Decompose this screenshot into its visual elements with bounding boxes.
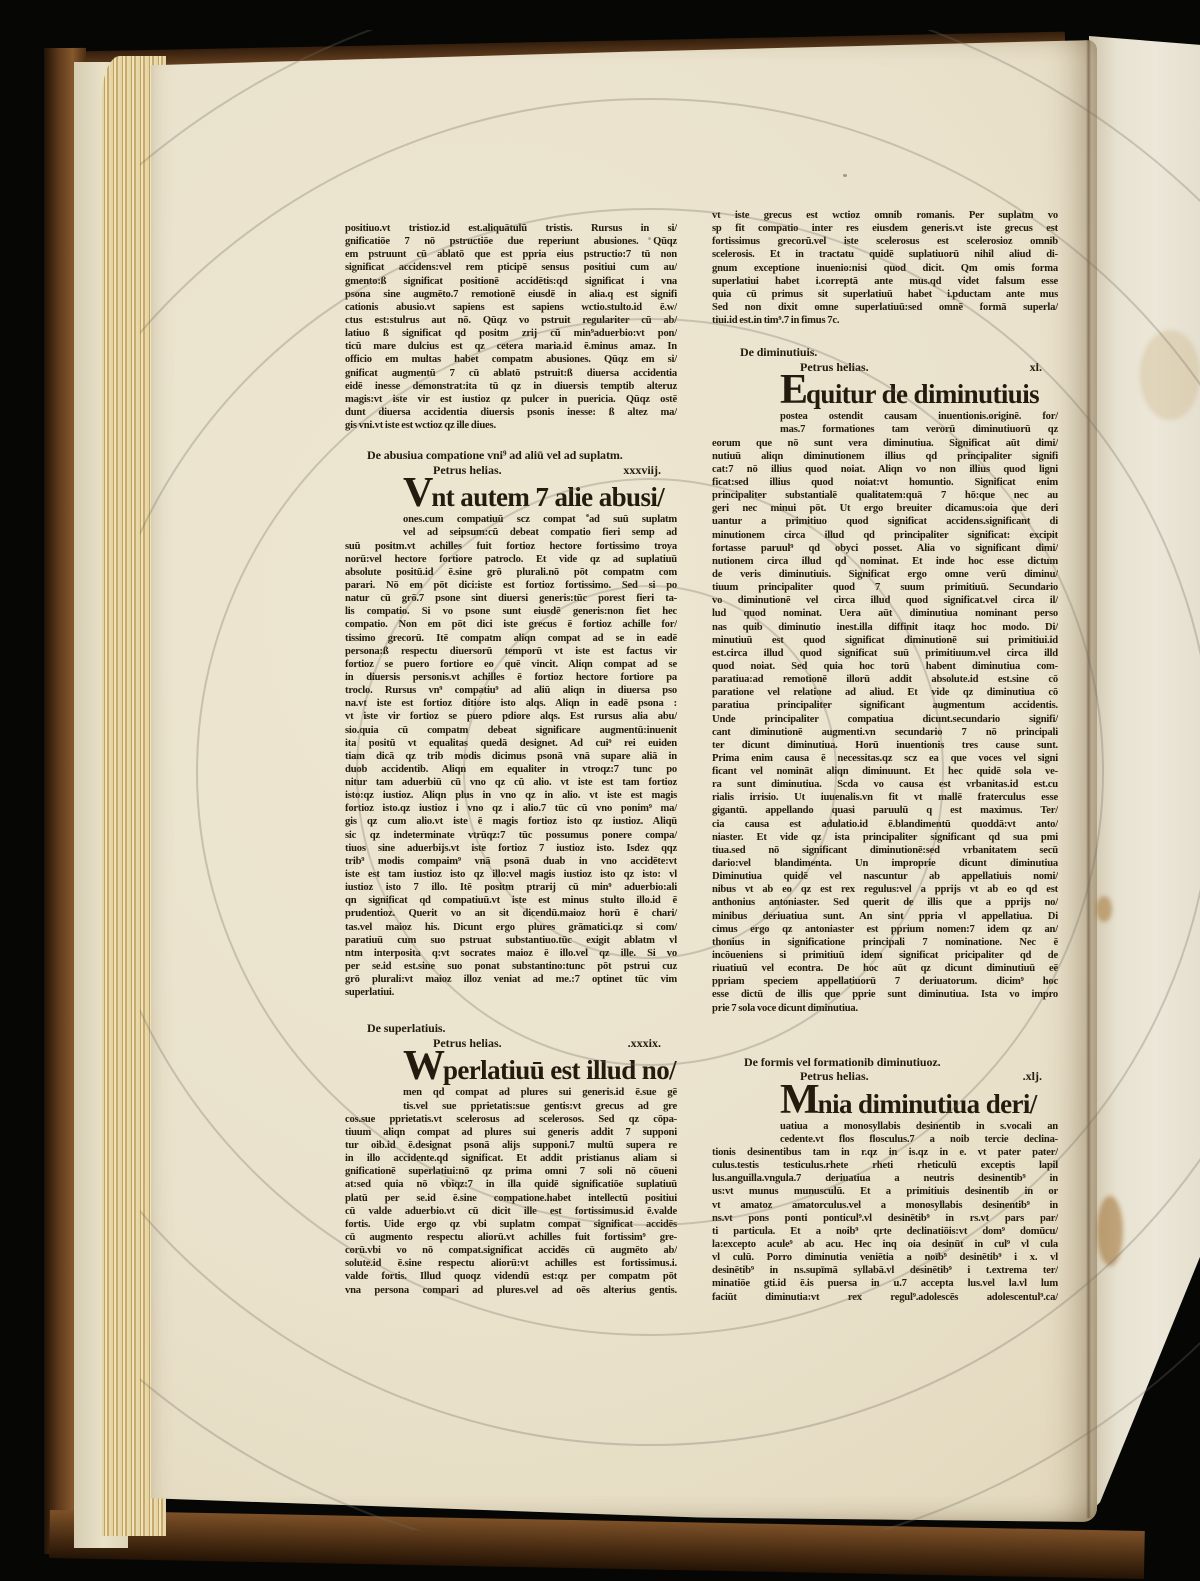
- text-line: fortissimus grecorū.vel iste scelerosus …: [712, 235, 1058, 248]
- text-line: trib⁹ modis compaim⁹ vnā psonā duab in v…: [345, 855, 677, 868]
- text-line: tiuum principaliter quod 7 suum primitiu…: [712, 581, 1058, 594]
- section-title: De abusiua compatione vni⁹ ad aliū vel a…: [345, 448, 677, 463]
- text-line: cū valde aduerbio.vt cū dicit ille est f…: [345, 1205, 677, 1218]
- text-line: postea ostendit causam inuentionis.origi…: [712, 410, 1058, 423]
- text-line: uatiua a monosyllabis desinentib in s.vo…: [712, 1120, 1058, 1133]
- text-line: ns.vt pons ponti ponticul⁹.vl desinētib⁹…: [712, 1212, 1058, 1225]
- text-line: dunt diuersa accidentia diuersis psonis …: [345, 406, 677, 419]
- text-line: quod noiat. Sed quia hoc torū habent dim…: [712, 660, 1058, 673]
- text-line: scelerosis. Et in tractatu quidē suplati…: [712, 248, 1058, 261]
- text-line: tas.vel maioz his. Dicunt ergo plures gr…: [345, 921, 677, 934]
- section-title: De diminutiuis.: [712, 345, 1058, 360]
- text-line: suū positm.vt achilles fuit fortioz hect…: [345, 540, 677, 553]
- text-line: tiuum aliqn compat ad plures sui generis…: [345, 1126, 677, 1139]
- chapter-number: xl.: [1030, 360, 1042, 375]
- text-line: qn significat qd compatiuū.vt iste est m…: [345, 894, 677, 907]
- text-line: compatio. Non em pōt dici iste grecus ē …: [345, 618, 677, 631]
- text-line: tissimo grecorū. Itē compatm aliqn compa…: [345, 632, 677, 645]
- text-line: paratiuū cum suo pstruat substantiuo.tūc…: [345, 934, 677, 947]
- text-line: cedente.vt flos flosculus.7 a noib terci…: [712, 1133, 1058, 1146]
- text-line: magis:vt iste vir est iustioz qz pulcer …: [345, 393, 677, 406]
- text-line: fortasse paruul⁹ qd obyci posset. Alia v…: [712, 542, 1058, 555]
- text-line: vna persona compari ad plures.vel ad oēs…: [345, 1284, 677, 1297]
- text-line: niaster. Et vide qz ista principaliter s…: [712, 831, 1058, 844]
- text-line: per se.id est.sine suo ponat substantino…: [345, 960, 677, 973]
- section-heading: Vnt autem 7 alie abusi/: [345, 477, 677, 513]
- text-line: quia cū primus sit superlatiuū habet i.p…: [712, 288, 1058, 301]
- author-name: Petrus helias.: [433, 1036, 502, 1051]
- paragraph: postea ostendit causam inuentionis.origi…: [712, 410, 1058, 1014]
- text-line: ppriam speciem appellatiuorū 7 deriuator…: [712, 975, 1058, 988]
- foxing-stain: [1140, 330, 1200, 420]
- text-line: cat:7 nō illius quod noiat. Aliqn vo non…: [712, 463, 1058, 476]
- section-diminutivis: De diminutiuis. Petrus helias. xl. Equit…: [712, 345, 1058, 1014]
- text-line: in illo accidente.qd significat. Et addi…: [345, 1152, 677, 1165]
- text-line: ficant vel nomināt aliqn diminuunt. Et h…: [712, 765, 1058, 778]
- paragraph: vt iste grecus est wctioz omnib romanis.…: [712, 209, 1058, 327]
- text-line: tionis desinentibus tam in r.qz in is.qz…: [712, 1146, 1058, 1159]
- text-line: gnificatiōe 7 nō pstructiōe due reperiun…: [345, 235, 677, 248]
- paragraph: men qd compat ad plures sui generis.id ē…: [345, 1086, 677, 1296]
- text-line: officio em multas habet compatm abusione…: [345, 353, 677, 366]
- text-line: tiuos sine aduerbijs.vt iste fortioz 7 i…: [345, 842, 677, 855]
- text-line: minutionem circa illud qd principaliter …: [712, 529, 1058, 542]
- text-line: riuatiuū vel econtra. De hoc aūt qz dicu…: [712, 962, 1058, 975]
- author-name: Petrus helias.: [800, 360, 869, 375]
- text-line: cationis abusio.vt sapiens est sapiens w…: [345, 301, 677, 314]
- text-line: dario:vel blandimenta. Un improprie dicu…: [712, 857, 1058, 870]
- text-line: ra sunt diminutiua. Scda vo causa est vr…: [712, 778, 1058, 791]
- text-line: cū augmento respectu aliorū.vt achilles …: [345, 1231, 677, 1244]
- text-line: Unde principaliter compatiua dicunt.secu…: [712, 713, 1058, 726]
- text-line: tur oib.id ē.designat psonā alijs suppon…: [345, 1139, 677, 1152]
- text-line: lis compatio. Si vo psone sunt eiusdē ge…: [345, 605, 677, 618]
- ink-speck: [843, 174, 847, 177]
- text-line: isto:qz iustioz. Aliqn plus in vno qz in…: [345, 789, 677, 802]
- section-byline: Petrus helias. .xxxix.: [345, 1036, 677, 1051]
- text-line: thonius in significatione principali 7 n…: [712, 936, 1058, 949]
- foxing-stain: [1097, 1196, 1123, 1266]
- text-line: paratiua:ad remotionē illorū addit absol…: [712, 673, 1058, 686]
- text-line: norū:vel hectore fortiore patroclo. Et v…: [345, 553, 677, 566]
- text-line: ticū mare dulcius est qz cetera maria.id…: [345, 340, 677, 353]
- section-superlativis: De superlatiuis. Petrus helias. .xxxix. …: [345, 1021, 677, 1296]
- text-line: duob accidentib. Aliqn em equaliter in v…: [345, 763, 677, 776]
- text-line: sp fit compatio inter res eiusdem generi…: [712, 222, 1058, 235]
- text-line: eorum que nō sunt vera diminutiua. Signi…: [712, 437, 1058, 450]
- text-line: nibus vt ab eo qz est rex regulus:vel a …: [712, 883, 1058, 896]
- text-line: lud quod nominat. Uera aūt diminutiua no…: [712, 607, 1058, 620]
- text-line: minutiuū est quod significat diminutionē…: [712, 634, 1058, 647]
- text-line: tis.vel sue pprietatis:sue gentis:vt gre…: [345, 1100, 677, 1113]
- text-line: Diminutiua quidē vel nascuntur ab appell…: [712, 870, 1058, 883]
- book-photograph: positiuo.vt tristioz.id est.aliquātulū t…: [0, 0, 1200, 1581]
- text-line: iste est tam iustioz isto qz illo:vel ma…: [345, 868, 677, 881]
- section-formis-diminutivorum: De formis vel formationib diminutiuoz. P…: [712, 1055, 1058, 1304]
- text-line: natur cū grō.7 psone sint diuersi generi…: [345, 592, 677, 605]
- text-line: nutiuū aliqn diminutionem illius qd prin…: [712, 450, 1058, 463]
- text-line: la:excepto acule⁹ ab acu. Hec inq oia de…: [712, 1238, 1058, 1251]
- text-line: na.vt iste est fortioz ditiore isto alqs…: [345, 697, 677, 710]
- text-line: absolute positū.id ē.sine grō plurali.nō…: [345, 566, 677, 579]
- text-line: fortioz se puero fortiore eo quē vincit.…: [345, 658, 677, 671]
- text-line: vl culū. Porro diminutia veniētia a noīb…: [712, 1251, 1058, 1264]
- text-line: tiua.sed nō significant diminutionē:sed …: [712, 844, 1058, 857]
- text-line: nas quib diminutio inest.illa diffinit i…: [712, 621, 1058, 634]
- text-line: sic qz indeterminate vtrūqz:7 tūc possum…: [345, 829, 677, 842]
- text-line: superlatiui.: [345, 986, 677, 999]
- text-line: gis qz cum alio.vt iste ē magis fortioz …: [345, 815, 677, 828]
- text-line: parari. Nō em pōt dici:iste est fortioz …: [345, 579, 677, 592]
- text-line: valde fortis. Illud quoqz videndū est:qz…: [345, 1270, 677, 1283]
- text-line: psona sine augmēto.7 remotionē eiusdē in…: [345, 288, 677, 301]
- section-title: De formis vel formationib diminutiuoz.: [712, 1055, 1058, 1070]
- text-line: ter dicunt diminutiua. Horū inuentionis …: [712, 739, 1058, 752]
- section-title: De superlatiuis.: [345, 1021, 677, 1036]
- text-line: cimus ergo qz antoniaster est pprium nom…: [712, 923, 1058, 936]
- section-heading: Wperlatiuū est illud no/: [345, 1050, 677, 1086]
- text-line: cia causa est adulatio.id ē.blandimentū …: [712, 818, 1058, 831]
- chapter-number: .xxxix.: [628, 1036, 661, 1051]
- text-line: ficat:sed illius quod noiat:vt homuntio.…: [712, 476, 1058, 489]
- section-byline: Petrus helias. xl.: [712, 360, 1058, 375]
- text-line: platū per se.id ē.sine compatione.habet …: [345, 1192, 677, 1205]
- text-line: paratione vel relatione ad aliud. Et vid…: [712, 686, 1058, 699]
- text-line: tiam dicā qz trib modis dicimus psonā vn…: [345, 750, 677, 763]
- text-line: fortis. Uide ergo qz vbi suplatm compat …: [345, 1218, 677, 1231]
- text-line: gmento:ß significat positionē accidētis:…: [345, 275, 677, 288]
- section-abusiva-comparatione: De abusiua compatione vni⁹ ad aliū vel a…: [345, 448, 677, 999]
- text-line: vel ad seipsum:cū debeat compatio fieri …: [345, 526, 677, 539]
- text-line: vt iste grecus est wctioz omnib romanis.…: [712, 209, 1058, 222]
- text-line: gnificationē superlatiui:nō qz prima omn…: [345, 1165, 677, 1178]
- text-line: mas.7 formationes tam verorū diminutiuor…: [712, 423, 1058, 436]
- text-line: superlatiui habet i.correptā ante mus.qd…: [712, 275, 1058, 288]
- page-gutter-fold: [1086, 40, 1091, 1518]
- text-line: culus.testis testiculus.rhete rheti rhet…: [712, 1159, 1058, 1172]
- text-line: gigantū. appellando quasi paruulū q est …: [712, 804, 1058, 817]
- text-line: us:vt munus munusculū. Et a primitiuis d…: [712, 1185, 1058, 1198]
- paragraph: positiuo.vt tristioz.id est.aliquātulū t…: [345, 222, 677, 432]
- text-line: eidē inesse demonstrat:ita tū qz in diue…: [345, 380, 677, 393]
- section-byline: Petrus helias. .xlj.: [712, 1069, 1058, 1084]
- text-line: vt iste vir fortioz se puero pdiore alqs…: [345, 710, 677, 723]
- text-line: troclo. Rursus vn⁹ compatiu⁹ ad aliū ali…: [345, 684, 677, 697]
- text-line: tiui.id est.in tim⁹.7 in fimus 7c.: [712, 314, 1058, 327]
- text-line: de veris diminutiuis. Significat ergo om…: [712, 568, 1058, 581]
- text-line: uantur a primitiuo quod significat accid…: [712, 515, 1058, 528]
- facing-blank-page: [1089, 36, 1200, 1514]
- text-line: latiuo ß significat qd positm zrij cū mi…: [345, 327, 677, 340]
- text-line: fortioz isto.qz iustioz i vno qz i alio.…: [345, 802, 677, 815]
- text-column-left: positiuo.vt tristioz.id est.aliquātulū t…: [345, 222, 677, 1297]
- text-line: gis vni.vt iste est wctioz qz ille diues…: [345, 419, 677, 432]
- foxing-stain: [1096, 896, 1112, 922]
- text-line: faciūt diminutia:vt rex regul⁹.adolescēs…: [712, 1291, 1058, 1304]
- text-line: minatiōe gti.id ē.is puersa in u.7 accep…: [712, 1277, 1058, 1290]
- text-line: Sed non dixit omne superlatiuū:sed omnē …: [712, 301, 1058, 314]
- section-heading: Equitur de diminutiuis: [712, 374, 1058, 410]
- text-line: in diuersis personis.vt achilles ē forti…: [345, 671, 677, 684]
- text-line: iustioz isto 7 illo. Itē positm ptrarij …: [345, 881, 677, 894]
- chapter-number: xxxviij.: [623, 463, 661, 478]
- text-line: ntm interposita q:vt socrates maioz ē il…: [345, 947, 677, 960]
- text-line: cos.sue pprietatis.vt scelerosus ad scel…: [345, 1113, 677, 1126]
- text-line: men qd compat ad plures sui generis.id ē…: [345, 1086, 677, 1099]
- text-line: gnum exceptione inuenio:nisi quod dicit.…: [712, 262, 1058, 275]
- text-line: grō plurali:vt maioz illoz veniat ad me.…: [345, 973, 677, 986]
- text-line: nitur tam aduerbiū cū vno qz cū alio. vt…: [345, 776, 677, 789]
- text-line: ctus est:stulrus aut nō. Qūqz vo pstruit…: [345, 314, 677, 327]
- text-line: anthonius antoniaster. Sed querit de ill…: [712, 896, 1058, 909]
- text-line: principaliter substantialē qualitatem:qu…: [712, 489, 1058, 502]
- text-line: gnificat augmentū 7 cū ablatō pstruit:ß …: [345, 367, 677, 380]
- text-line: paratiua principaliter significant augme…: [712, 699, 1058, 712]
- text-column-right: vt iste grecus est wctioz omnib romanis.…: [712, 209, 1058, 1304]
- text-line: ita positū vt equalitas quedā designet. …: [345, 737, 677, 750]
- text-line: em pstruunt cū ablatō que est ppria eius…: [345, 248, 677, 261]
- text-line: nutionem circa illud qd nominat. Et inde…: [712, 555, 1058, 568]
- text-line: incōueniens si primitiuū idem significat…: [712, 949, 1058, 962]
- text-line: geri nec minui pōt. Ut ergo breuiter dic…: [712, 502, 1058, 515]
- author-name: Petrus helias.: [433, 463, 502, 478]
- text-line: minibus deriuatiua sunt. An sint ppria v…: [712, 910, 1058, 923]
- section-byline: Petrus helias. xxxviij.: [345, 463, 677, 478]
- paragraph: uatiua a monosyllabis desinentib in s.vo…: [712, 1120, 1058, 1304]
- chapter-number: .xlj.: [1023, 1069, 1042, 1084]
- paragraph: ones.cum compatiuū scz compat ad suū sup…: [345, 513, 677, 999]
- text-line: esse dictū de illis que pprie sunt dimin…: [712, 988, 1058, 1001]
- text-line: est.circa illud quod significat suū prim…: [712, 647, 1058, 660]
- section-heading: Mnia diminutiua deri/: [712, 1084, 1058, 1120]
- text-line: ones.cum compatiuū scz compat ad suū sup…: [345, 513, 677, 526]
- text-line: prie 7 sola voce dicunt diminutiua.: [712, 1002, 1058, 1015]
- text-line: corū.vbi vo nō compat.significat accidēs…: [345, 1244, 677, 1257]
- text-line: desinētib⁹ in ns.supīmā syllabā.vl desin…: [712, 1264, 1058, 1277]
- text-line: rialis irrisio. Ut iuuenalis.vn fit vt m…: [712, 791, 1058, 804]
- text-line: vo diminutionē vel circa illud quod sign…: [712, 594, 1058, 607]
- text-line: prudentioz. Querit vo an sit dicendū.mai…: [345, 907, 677, 920]
- text-line: solute.id ē.sine respectu aliorū:vt achi…: [345, 1257, 677, 1270]
- text-line: ti particula. Et a noib⁹ qrte declinatiō…: [712, 1225, 1058, 1238]
- text-line: sio.quia cū compatm debeat significare a…: [345, 724, 677, 737]
- text-line: significat accidens:vel rem pticipē sens…: [345, 261, 677, 274]
- text-line: Prima enim causa ē necessitas.qz scz ea …: [712, 752, 1058, 765]
- text-line: lus.anguilla.vngula.7 deriuatiua a neutr…: [712, 1172, 1058, 1185]
- text-line: persona:ß respectu diuersorū temporū vt …: [345, 645, 677, 658]
- text-line: positiuo.vt tristioz.id est.aliquātulū t…: [345, 222, 677, 235]
- text-line: at:sed quia nō vbiqz:7 in illa quidē sig…: [345, 1178, 677, 1191]
- text-line: cant diminutionē augmenti.vn secundario …: [712, 726, 1058, 739]
- text-line: vt amatoz amatorculus.vel a monosyllabis…: [712, 1199, 1058, 1212]
